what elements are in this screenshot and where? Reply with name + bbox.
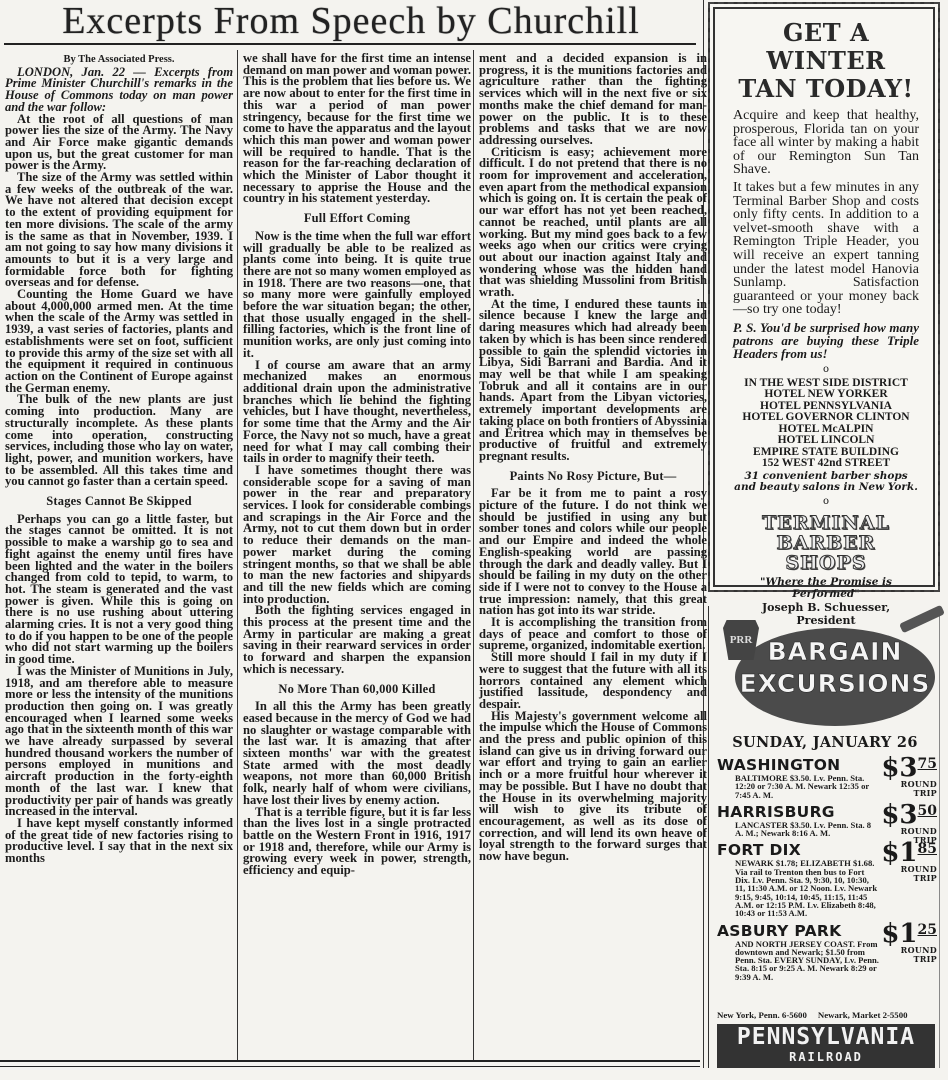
brand-line-2: RAILROAD (717, 1051, 935, 1064)
price-cents: 50 (918, 803, 937, 819)
phone-new-york: New York, Penn. 6-5600 (717, 1010, 807, 1020)
paragraph: Both the fighting services engaged in th… (243, 605, 471, 675)
railroad-brand-banner: PENNSYLVANIA RAILROAD (717, 1024, 935, 1068)
paragraph: I of course am aware that an army mechan… (243, 360, 471, 465)
article-column-3: ment and a decided expansion is in progr… (479, 53, 707, 863)
trip-item: FORT DIX $185ROUND TRIP NEWARK $1.78; EL… (717, 841, 937, 917)
price-cents: 85 (918, 841, 937, 857)
trip-price: $125ROUND TRIP (875, 922, 937, 964)
excursion-title: BARGAIN EXCURSIONS (735, 636, 935, 700)
title-line-1: BARGAIN (768, 637, 903, 666)
price-cents: 25 (918, 922, 937, 938)
location-list: IN THE WEST SIDE DISTRICT HOTEL NEW YORK… (733, 378, 919, 470)
ad-headline-line-2: TAN TODAY! (738, 74, 913, 103)
brand-line-1: PENNSYLVANIA (717, 1024, 935, 1051)
bottom-rule (0, 1060, 700, 1067)
ad-headline: GET A WINTER TAN TODAY! (733, 19, 919, 103)
paragraph: Perhaps you can go a little faster, but … (5, 514, 233, 666)
title-line-2: EXCURSIONS (740, 669, 931, 698)
motto: "Where the Promise is Performed" (733, 576, 919, 600)
phone-newark: Newark, Market 2-5500 (818, 1010, 908, 1020)
trip-price: $185ROUND TRIP (875, 841, 937, 883)
trip-item: WASHINGTON $375ROUND TRIP BALTIMORE $3.5… (717, 756, 937, 799)
paragraph: The bulk of the new plants are just comi… (5, 394, 233, 488)
paragraph: It is accomplishing the transition from … (479, 617, 707, 652)
paragraph: Counting the Home Guard we have about 4,… (5, 289, 233, 394)
brand-line-1: TERMINAL (762, 512, 890, 534)
paragraph: At the root of all questions of man powe… (5, 114, 233, 173)
ad-headline-line-1: GET A WINTER (766, 18, 885, 75)
phone-numbers: New York, Penn. 6-5600 Newark, Market 2-… (717, 1010, 933, 1020)
paragraph: At the time, I endured these taunts in s… (479, 299, 707, 463)
trip-list: WASHINGTON $375ROUND TRIP BALTIMORE $3.5… (717, 756, 937, 985)
paragraph: I have kept myself constantly informed o… (5, 818, 233, 865)
brand-line-2: BARBER SHOPS (777, 532, 876, 574)
barber-brand: TERMINAL BARBER SHOPS (733, 513, 919, 573)
trip-item: ASBURY PARK $125ROUND TRIP AND NORTH JER… (717, 922, 937, 981)
ad-paragraph: Acquire and keep that healthy, prosperou… (733, 109, 919, 177)
separator-dot: o (733, 364, 919, 375)
ad-body: Acquire and keep that healthy, prosperou… (733, 109, 919, 360)
paragraph: Far be it from me to paint a rosy pictur… (479, 488, 707, 617)
trip-details: NEWARK $1.78; ELIZABETH $1.68. Via rail … (735, 859, 881, 917)
article-column-1: By The Associated Press. LONDON, Jan. 22… (5, 54, 233, 865)
trip-price: $375ROUND TRIP (875, 756, 937, 798)
excursion-date: SUNDAY, JANUARY 26 (717, 734, 933, 751)
subhead: Paints No Rosy Picture, But— (479, 471, 707, 483)
paragraph: we shall have for the first time an inte… (243, 53, 471, 205)
paragraph: I was the Minister of Munitions in July,… (5, 666, 233, 818)
separator-dot: o (733, 496, 919, 507)
headline-rule (4, 43, 696, 45)
trip-details: LANCASTER $3.50. Lv. Penn. Sta. 8 A. M.;… (735, 821, 881, 838)
paragraph: That is a terrible figure, but it is far… (243, 807, 471, 877)
paragraph: The size of the Army was settled within … (5, 172, 233, 289)
lede: LONDON, Jan. 22 — Excerpts from Prime Mi… (5, 67, 233, 114)
article-headline: Excerpts From Speech by Churchill (4, 0, 698, 42)
column-divider (473, 50, 474, 1060)
trip-details: AND NORTH JERSEY COAST. From downtown an… (735, 940, 881, 981)
location-item: 152 WEST 42nd STREET (733, 458, 919, 470)
ad-postscript: P. S. You'd be surprised how many patron… (733, 321, 919, 360)
barber-shop-advertisement: GET A WINTER TAN TODAY! Acquire and keep… (708, 2, 940, 592)
trip-details: BALTIMORE $3.50. Lv. Penn. Sta. 12:20 or… (735, 774, 881, 799)
price-cents: 75 (918, 756, 937, 772)
convenient-shops-note: 31 convenient barber shops and beauty sa… (733, 471, 919, 493)
subhead: Full Effort Coming (243, 213, 471, 225)
byline: By The Associated Press. (5, 54, 233, 66)
paragraph: In all this the Army has been greatly ea… (243, 701, 471, 806)
banner-pennant-icon (899, 605, 945, 634)
paragraph: ment and a decided expansion is in progr… (479, 53, 707, 147)
column-divider (237, 50, 238, 1060)
ad-paragraph: It takes but a few minutes in any Termin… (733, 181, 919, 317)
paragraph: I have sometimes thought there was consi… (243, 465, 471, 605)
article-column-2: we shall have for the first time an inte… (243, 53, 471, 877)
subhead: Stages Cannot Be Skipped (5, 496, 233, 508)
railroad-advertisement: PRR BARGAIN EXCURSIONS SUNDAY, JANUARY 2… (708, 606, 940, 1068)
paragraph: Now is the time when the full war effort… (243, 231, 471, 360)
paragraph: Criticism is easy; achievement more diff… (479, 147, 707, 299)
newspaper-page: Excerpts From Speech by Churchill By The… (0, 0, 948, 1080)
paragraph: His Majesty's government welcome all the… (479, 711, 707, 863)
trip-item: HARRISBURG $350ROUND TRIP LANCASTER $3.5… (717, 803, 937, 838)
paragraph: Still more should I fail in my duty if I… (479, 652, 707, 711)
subhead: No More Than 60,000 Killed (243, 684, 471, 696)
